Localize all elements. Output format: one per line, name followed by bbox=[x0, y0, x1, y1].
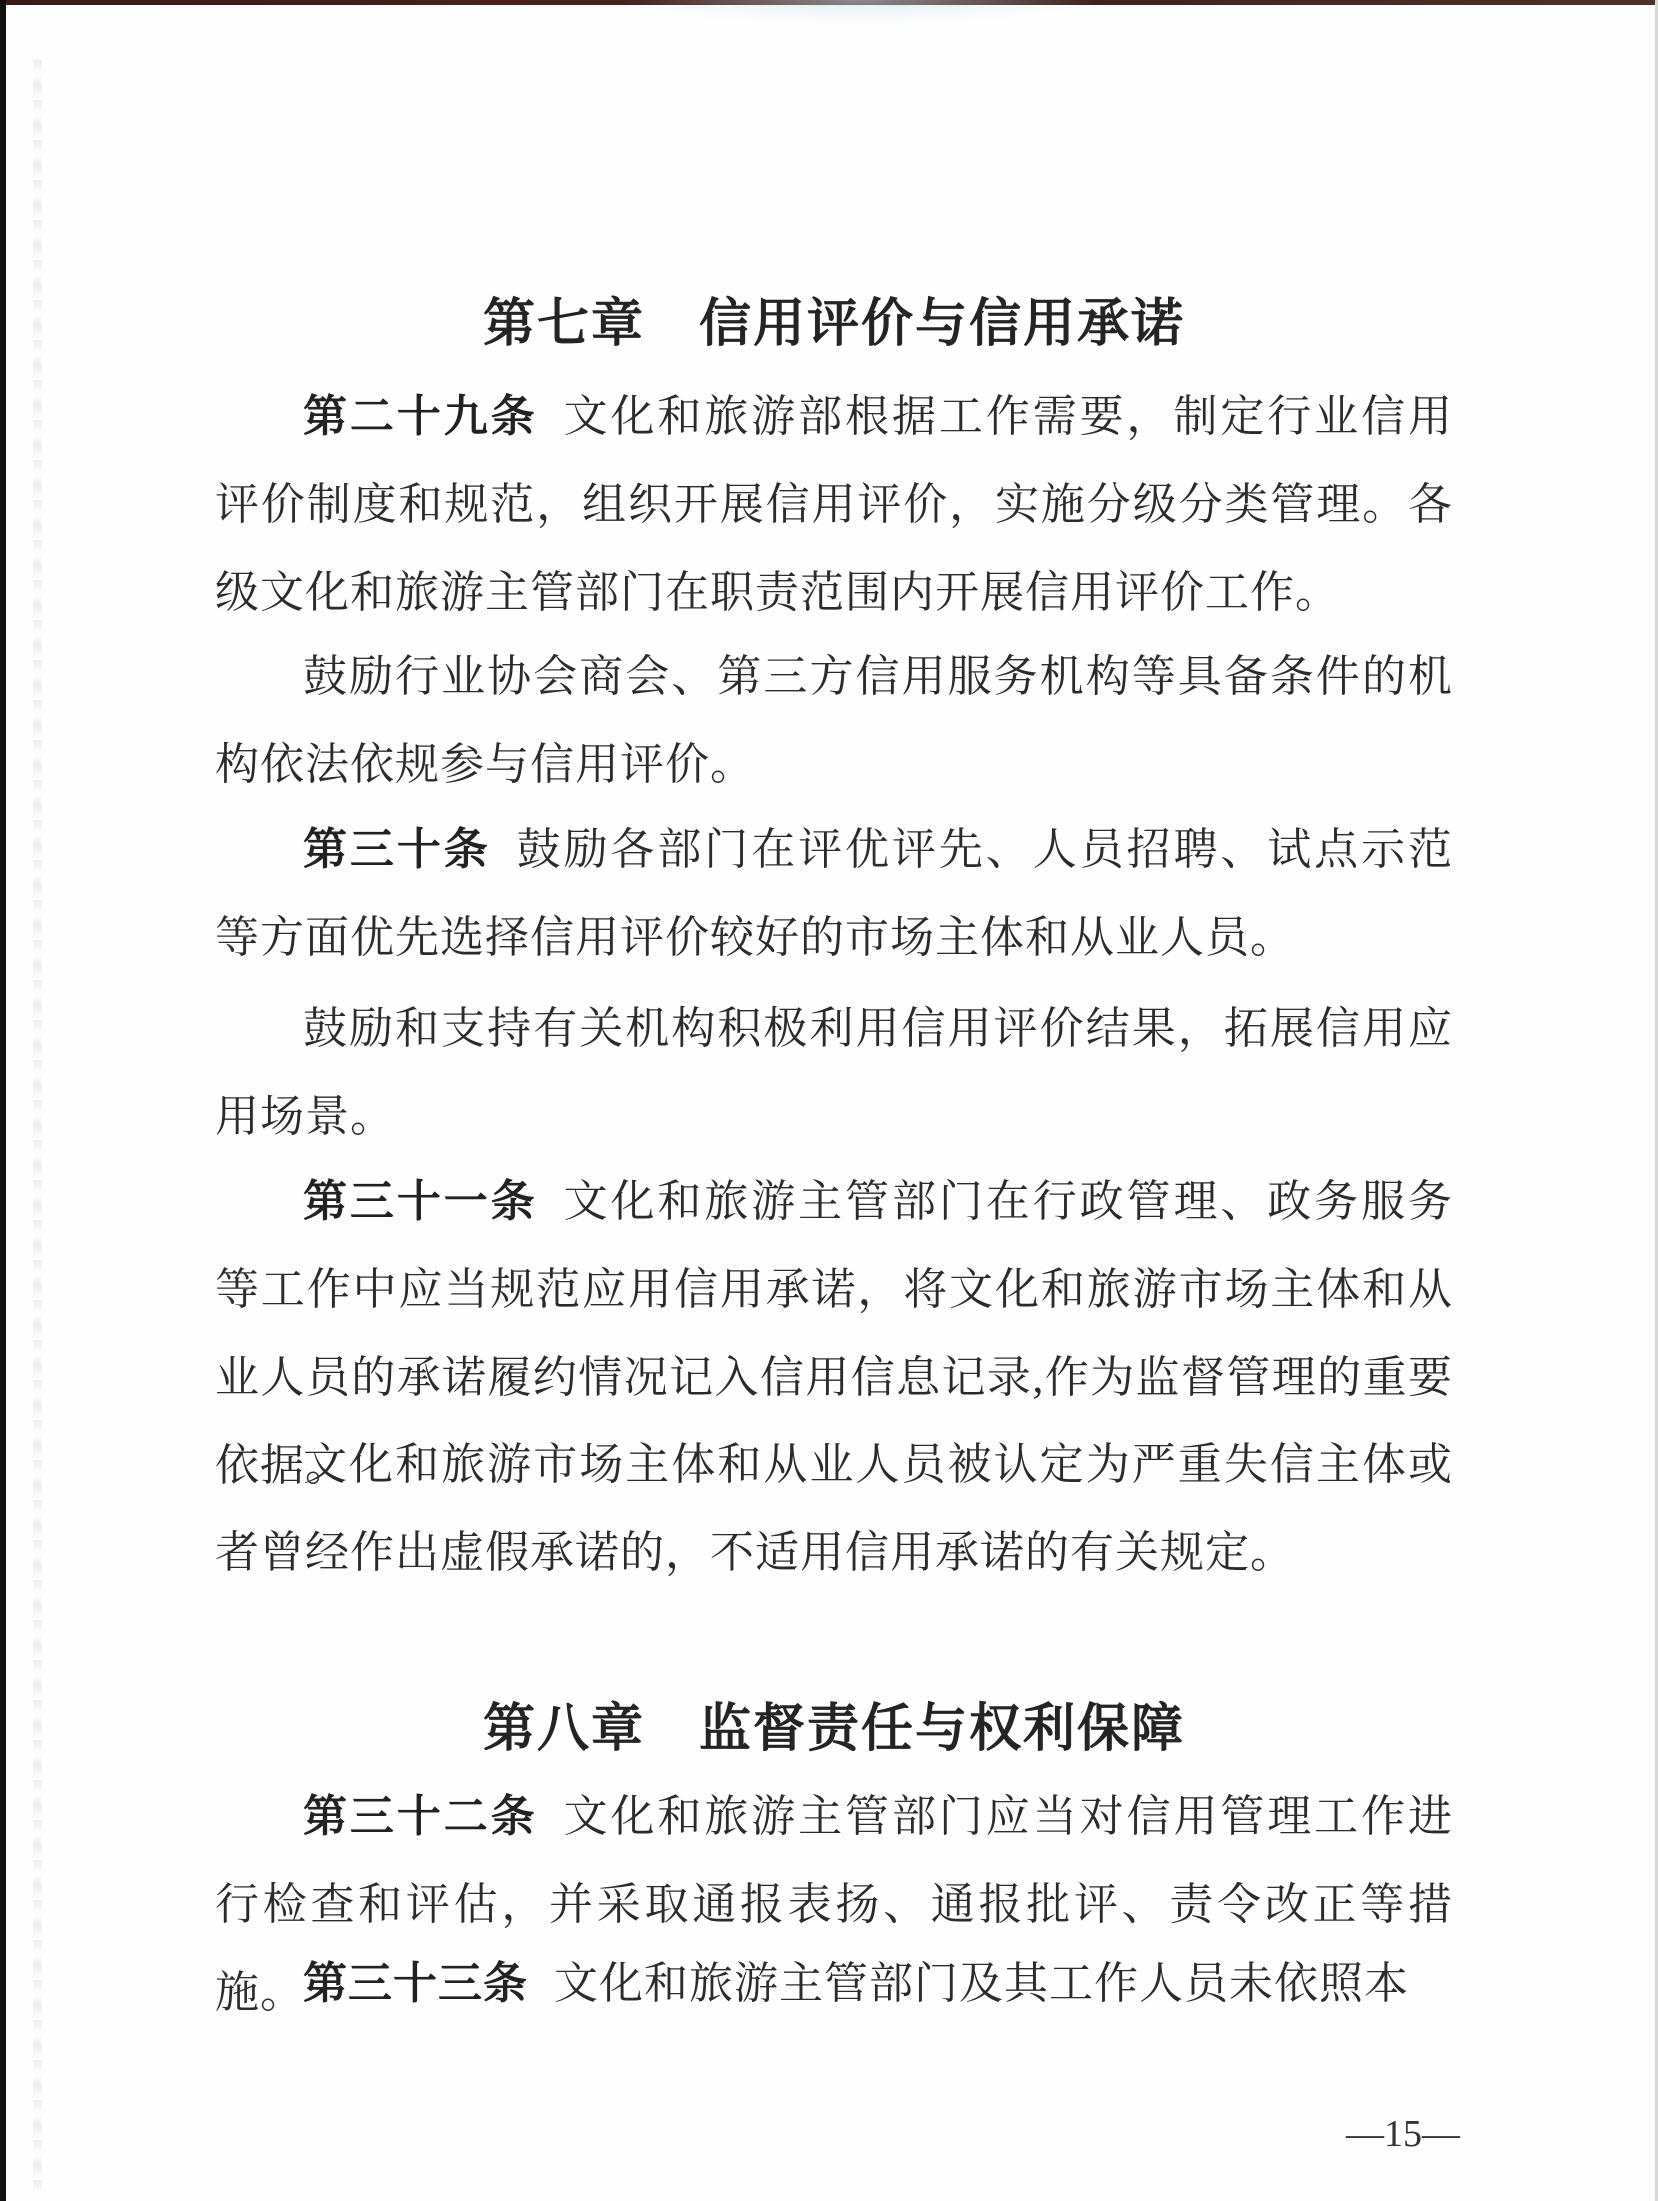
scan-edge-left bbox=[0, 0, 6, 2201]
scanned-document-page: 第七章 信用评价与信用承诺 第二十九条文化和旅游部根据工作需要，制定行业信用评价… bbox=[0, 0, 1658, 2201]
article-31-paragraph-2: 文化和旅游市场主体和从业人员被认定为严重失信主体或者曾经作出虚假承诺的，不适用信… bbox=[215, 1421, 1453, 1597]
article-29-number: 第二十九条 bbox=[303, 392, 538, 441]
chapter-7-heading: 第七章 信用评价与信用承诺 bbox=[215, 293, 1453, 355]
article-30-number: 第三十条 bbox=[303, 825, 491, 874]
article-31-number: 第三十一条 bbox=[303, 1177, 538, 1226]
scan-smudge-artifact bbox=[620, 0, 1100, 26]
article-33-number: 第三十三条 bbox=[303, 1959, 528, 2008]
article-32-number: 第三十二条 bbox=[303, 1792, 538, 1841]
scan-streak-artifact bbox=[33, 60, 42, 2190]
article-29-paragraph-2-text: 鼓励行业协会商会、第三方信用服务机构等具备条件的机构依法依规参与信用评价。 bbox=[215, 652, 1453, 789]
article-29-paragraph-2: 鼓励行业协会商会、第三方信用服务机构等具备条件的机构依法依规参与信用评价。 bbox=[215, 633, 1453, 809]
chapter-8-heading: 第八章 监督责任与权利保障 bbox=[215, 1698, 1453, 1760]
article-30-paragraph: 第三十条鼓励各部门在评优评先、人员招聘、试点示范等方面优先选择信用评价较好的市场… bbox=[215, 806, 1453, 982]
article-29-paragraph: 第二十九条文化和旅游部根据工作需要，制定行业信用评价制度和规范，组织开展信用评价… bbox=[215, 373, 1453, 637]
page-number: —15— bbox=[1346, 2112, 1460, 2156]
article-30-paragraph-2: 鼓励和支持有关机构积极利用信用评价结果，拓展信用应用场景。 bbox=[215, 985, 1453, 1161]
article-33-text: 文化和旅游主管部门及其工作人员未依照本 bbox=[554, 1959, 1409, 2008]
article-30-paragraph-2-text: 鼓励和支持有关机构积极利用信用评价结果，拓展信用应用场景。 bbox=[215, 1004, 1453, 1141]
article-31-paragraph-2-text: 文化和旅游市场主体和从业人员被认定为严重失信主体或者曾经作出虚假承诺的，不适用信… bbox=[215, 1440, 1453, 1577]
article-33-paragraph: 第三十三条文化和旅游主管部门及其工作人员未依照本 bbox=[215, 1940, 1453, 2028]
